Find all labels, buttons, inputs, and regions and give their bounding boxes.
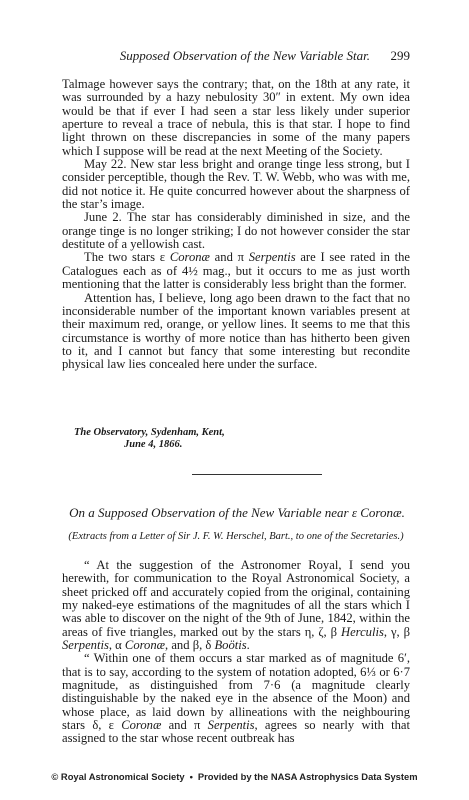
greek-letter: π xyxy=(194,718,208,732)
text-run: , and xyxy=(165,638,193,652)
signoff-place: The Observatory, Sydenham, Kent, xyxy=(74,427,225,438)
article-continuation-body: Talmage however says the contrary; that,… xyxy=(62,78,410,372)
constellation-name: Serpentis xyxy=(62,638,109,652)
article-title: On a Supposed Observation of the New Var… xyxy=(58,505,416,521)
greek-letter: η, ζ, β xyxy=(305,625,341,639)
article-subtitle-note: (Extracts from a Letter of Sir J. F. W. … xyxy=(62,531,410,543)
text-run: and xyxy=(161,718,194,732)
signoff: The Observatory, Sydenham, Kent, June 4,… xyxy=(74,427,225,451)
paragraph: “ At the suggestion of the Astronomer Ro… xyxy=(62,559,410,652)
text-run: and xyxy=(210,250,238,264)
text-run: . xyxy=(247,638,250,652)
signoff-date: June 4, 1866. xyxy=(74,439,225,451)
paragraph: May 22. New star less bright and orange … xyxy=(62,158,410,211)
section-divider xyxy=(192,474,322,475)
running-head-title: Supposed Observation of the New Variable… xyxy=(120,48,370,64)
greek-letter: β, δ xyxy=(193,638,215,652)
article-body: “ At the suggestion of the Astronomer Ro… xyxy=(62,559,410,746)
text-run: , xyxy=(384,625,391,639)
constellation-name: Boötis xyxy=(214,638,246,652)
greek-letter: π xyxy=(238,250,249,264)
footer-attribution: © Royal Astronomical Society•Provided by… xyxy=(0,771,469,782)
bullet-separator: • xyxy=(185,771,198,782)
constellation-name: Serpentis xyxy=(208,718,255,732)
constellation-name: Coronæ xyxy=(121,718,161,732)
paragraph: Talmage however says the contrary; that,… xyxy=(62,78,410,158)
greek-letter: γ, β xyxy=(391,625,410,639)
paragraph: The two stars ε Coronæ and π Serpentis a… xyxy=(62,251,410,291)
copyright-text: © Royal Astronomical Society xyxy=(51,771,184,782)
running-head: Supposed Observation of the New Variable… xyxy=(62,48,410,64)
constellation-name: Coronæ xyxy=(170,250,210,264)
paragraph: June 2. The star has considerably dimini… xyxy=(62,211,410,251)
greek-letter: δ, ε xyxy=(92,718,121,732)
paragraph: “ Within one of them occurs a star marke… xyxy=(62,652,410,745)
constellation-name: Serpentis xyxy=(249,250,296,264)
constellation-name: Herculis xyxy=(341,625,384,639)
greek-letter: ε xyxy=(160,250,170,264)
text-run: The two stars xyxy=(84,250,160,264)
page-number: 299 xyxy=(391,48,411,64)
paragraph: Attention has, I believe, long ago been … xyxy=(62,292,410,372)
constellation-name: Coronæ xyxy=(125,638,165,652)
provider-text: Provided by the NASA Astrophysics Data S… xyxy=(198,771,418,782)
greek-letter: α xyxy=(115,638,125,652)
